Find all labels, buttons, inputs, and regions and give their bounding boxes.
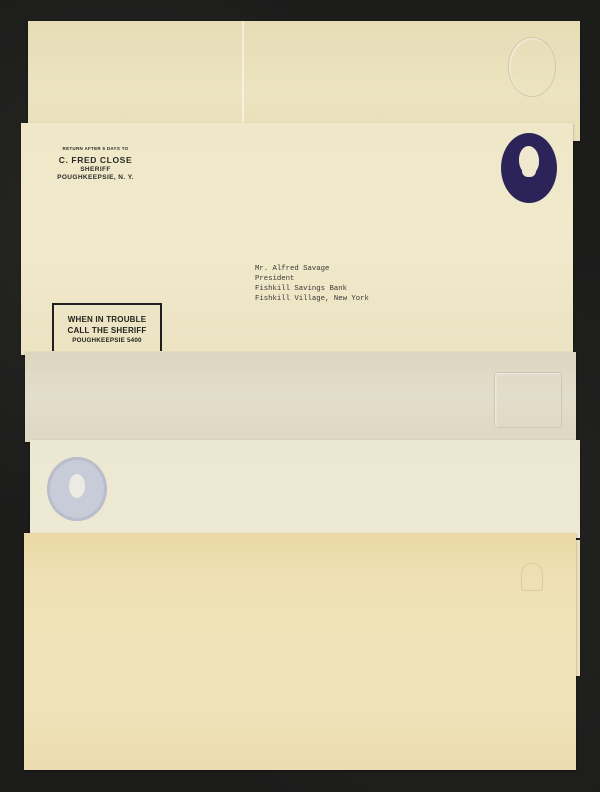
envelope-3 [25, 352, 576, 442]
portrait-head [69, 474, 85, 498]
recipient-line: President [255, 274, 369, 284]
portrait-stamp-icon [501, 133, 557, 203]
recipient-address: Mr. Alfred Savage President Fishkill Sav… [255, 264, 369, 304]
sender-name: C. FRED CLOSE [43, 155, 148, 165]
embossed-stamp-icon [508, 37, 556, 97]
envelope-4 [30, 440, 580, 538]
recipient-line: Mr. Alfred Savage [255, 264, 369, 274]
embossed-rectangle-stamp-icon [494, 372, 562, 428]
envelope-5 [24, 533, 576, 770]
recipient-line: Fishkill Village, New York [255, 294, 369, 304]
embossed-small-stamp-icon [521, 563, 543, 591]
silhouette-bust [522, 169, 536, 177]
envelope-2-sheriff: RETURN AFTER 5 DAYS TO C. FRED CLOSE SHE… [21, 123, 573, 355]
recipient-line: Fishkill Savings Bank [255, 284, 369, 294]
notice-line-2: CALL THE SHERIFF [54, 325, 160, 336]
notice-line-3: POUGHKEEPSIE 5400 [54, 336, 160, 346]
sender-title: SHERIFF [43, 166, 148, 173]
return-instruction: RETURN AFTER 5 DAYS TO [43, 146, 148, 151]
sender-city: POUGHKEEPSIE, N. Y. [43, 174, 148, 181]
blue-portrait-stamp-icon [47, 457, 107, 521]
return-address: RETURN AFTER 5 DAYS TO C. FRED CLOSE SHE… [43, 146, 148, 181]
sheriff-notice-box: WHEN IN TROUBLE CALL THE SHERIFF POUGHKE… [52, 303, 162, 351]
notice-line-1: WHEN IN TROUBLE [54, 314, 160, 325]
